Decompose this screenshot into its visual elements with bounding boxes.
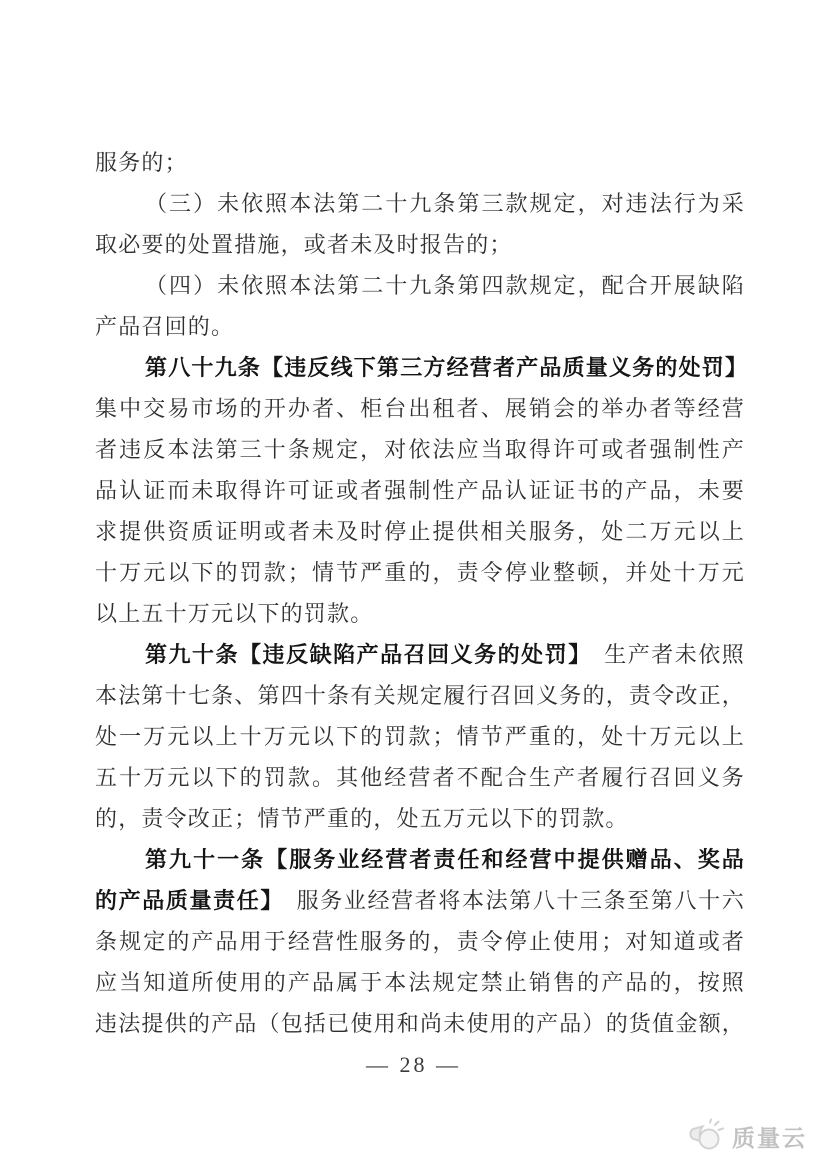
text-line: 品认证而未取得许可证或者强制性产品认证证书的产品，未要	[95, 470, 745, 511]
text-line: 第九十一条【服务业经营者责任和经营中提供赠品、奖品	[95, 839, 745, 880]
text-line: 以上五十万元以下的罚款。	[95, 593, 745, 634]
brand-name: 质量云	[732, 1120, 807, 1153]
document-page: 服务的；（三）未依照本法第二十九条第三款规定，对违法行为采取必要的处置措施，或者…	[0, 0, 827, 1170]
body-text: 取必要的处置措施，或者未及时报告的；	[95, 232, 513, 257]
body-text: （四）未依照本法第二十九条第四款规定，配合开展缺陷	[145, 273, 745, 298]
page-number: — 28 —	[0, 1052, 827, 1078]
text-line: 本法第十七条、第四十条有关规定履行召回义务的，责令改正，	[95, 675, 745, 716]
body-text: 者违反本法第三十条规定，对依法应当取得许可或者强制性产	[95, 437, 745, 462]
text-line: 产品召回的。	[95, 306, 745, 347]
body-text: 服务业经营者将本法第八十三条至第八十六	[273, 888, 745, 913]
body-text: 的，责令改正；情节严重的，处五万元以下的罚款。	[95, 806, 629, 831]
body-text: 产品召回的。	[95, 314, 234, 339]
brand-watermark: 质量云	[686, 1118, 807, 1154]
text-line: 的产品质量责任】 服务业经营者将本法第八十三条至第八十六	[95, 880, 745, 921]
document-body: 服务的；（三）未依照本法第二十九条第三款规定，对违法行为采取必要的处置措施，或者…	[95, 142, 745, 1044]
article-heading-text: 第八十九条【违反线下第三方经营者产品质量义务的处罚】	[145, 355, 748, 380]
body-text: 品认证而未取得许可证或者强制性产品认证证书的产品，未要	[95, 478, 745, 503]
text-line: 处一万元以上十万元以下的罚款；情节严重的，处十万元以上	[95, 716, 745, 757]
text-line: 的，责令改正；情节严重的，处五万元以下的罚款。	[95, 798, 745, 839]
body-text: 应当知道所使用的产品属于本法规定禁止销售的产品的，按照	[95, 970, 745, 995]
text-line: （三）未依照本法第二十九条第三款规定，对违法行为采	[95, 183, 745, 224]
text-line: 取必要的处置措施，或者未及时报告的；	[95, 224, 745, 265]
text-line: 第八十九条【违反线下第三方经营者产品质量义务的处罚】	[95, 347, 745, 388]
body-text: 十万元以下的罚款；情节严重的，责令停业整顿，并处十万元	[95, 560, 745, 585]
article-heading-text: 第九十一条【服务业经营者责任和经营中提供赠品、奖品	[145, 847, 745, 872]
body-text: 本法第十七条、第四十条有关规定履行召回义务的，责令改正，	[95, 683, 745, 708]
body-text: （三）未依照本法第二十九条第三款规定，对违法行为采	[145, 191, 745, 216]
text-line: 应当知道所使用的产品属于本法规定禁止销售的产品的，按照	[95, 962, 745, 1003]
body-text: 以上五十万元以下的罚款。	[95, 601, 373, 626]
text-line: 五十万元以下的罚款。其他经营者不配合生产者履行召回义务	[95, 757, 745, 798]
text-line: 服务的；	[95, 142, 745, 183]
text-line: 违法提供的产品（包括已使用和尚未使用的产品）的货值金额，	[95, 1003, 745, 1044]
body-text: 违法提供的产品（包括已使用和尚未使用的产品）的货值金额，	[95, 1011, 745, 1036]
text-line: 集中交易市场的开办者、柜台出租者、展销会的举办者等经营	[95, 388, 745, 429]
text-line: 第九十条【违反缺陷产品召回义务的处罚】 生产者未依照	[95, 634, 745, 675]
body-text: 生产者未依照	[581, 642, 745, 667]
body-text: 集中交易市场的开办者、柜台出租者、展销会的举办者等经营	[95, 396, 745, 421]
text-line: 十万元以下的罚款；情节严重的，责令停业整顿，并处十万元	[95, 552, 745, 593]
body-text: 服务的；	[95, 150, 188, 175]
body-text: 求提供资质证明或者未及时停止提供相关服务，处二万元以上	[95, 519, 745, 544]
text-line: 求提供资质证明或者未及时停止提供相关服务，处二万元以上	[95, 511, 745, 552]
text-line: 者违反本法第三十条规定，对依法应当取得许可或者强制性产	[95, 429, 745, 470]
text-line: （四）未依照本法第二十九条第四款规定，配合开展缺陷	[95, 265, 745, 306]
body-text: 处一万元以上十万元以下的罚款；情节严重的，处十万元以上	[95, 724, 745, 749]
body-text: 五十万元以下的罚款。其他经营者不配合生产者履行召回义务	[95, 765, 745, 790]
megaphone-icon	[686, 1118, 726, 1154]
article-heading-text: 的产品质量责任】	[95, 888, 273, 913]
article-heading-text: 第九十条【违反缺陷产品召回义务的处罚】	[145, 642, 581, 667]
body-text: 条规定的产品用于经营性服务的，责令停止使用；对知道或者	[95, 929, 745, 954]
text-line: 条规定的产品用于经营性服务的，责令停止使用；对知道或者	[95, 921, 745, 962]
